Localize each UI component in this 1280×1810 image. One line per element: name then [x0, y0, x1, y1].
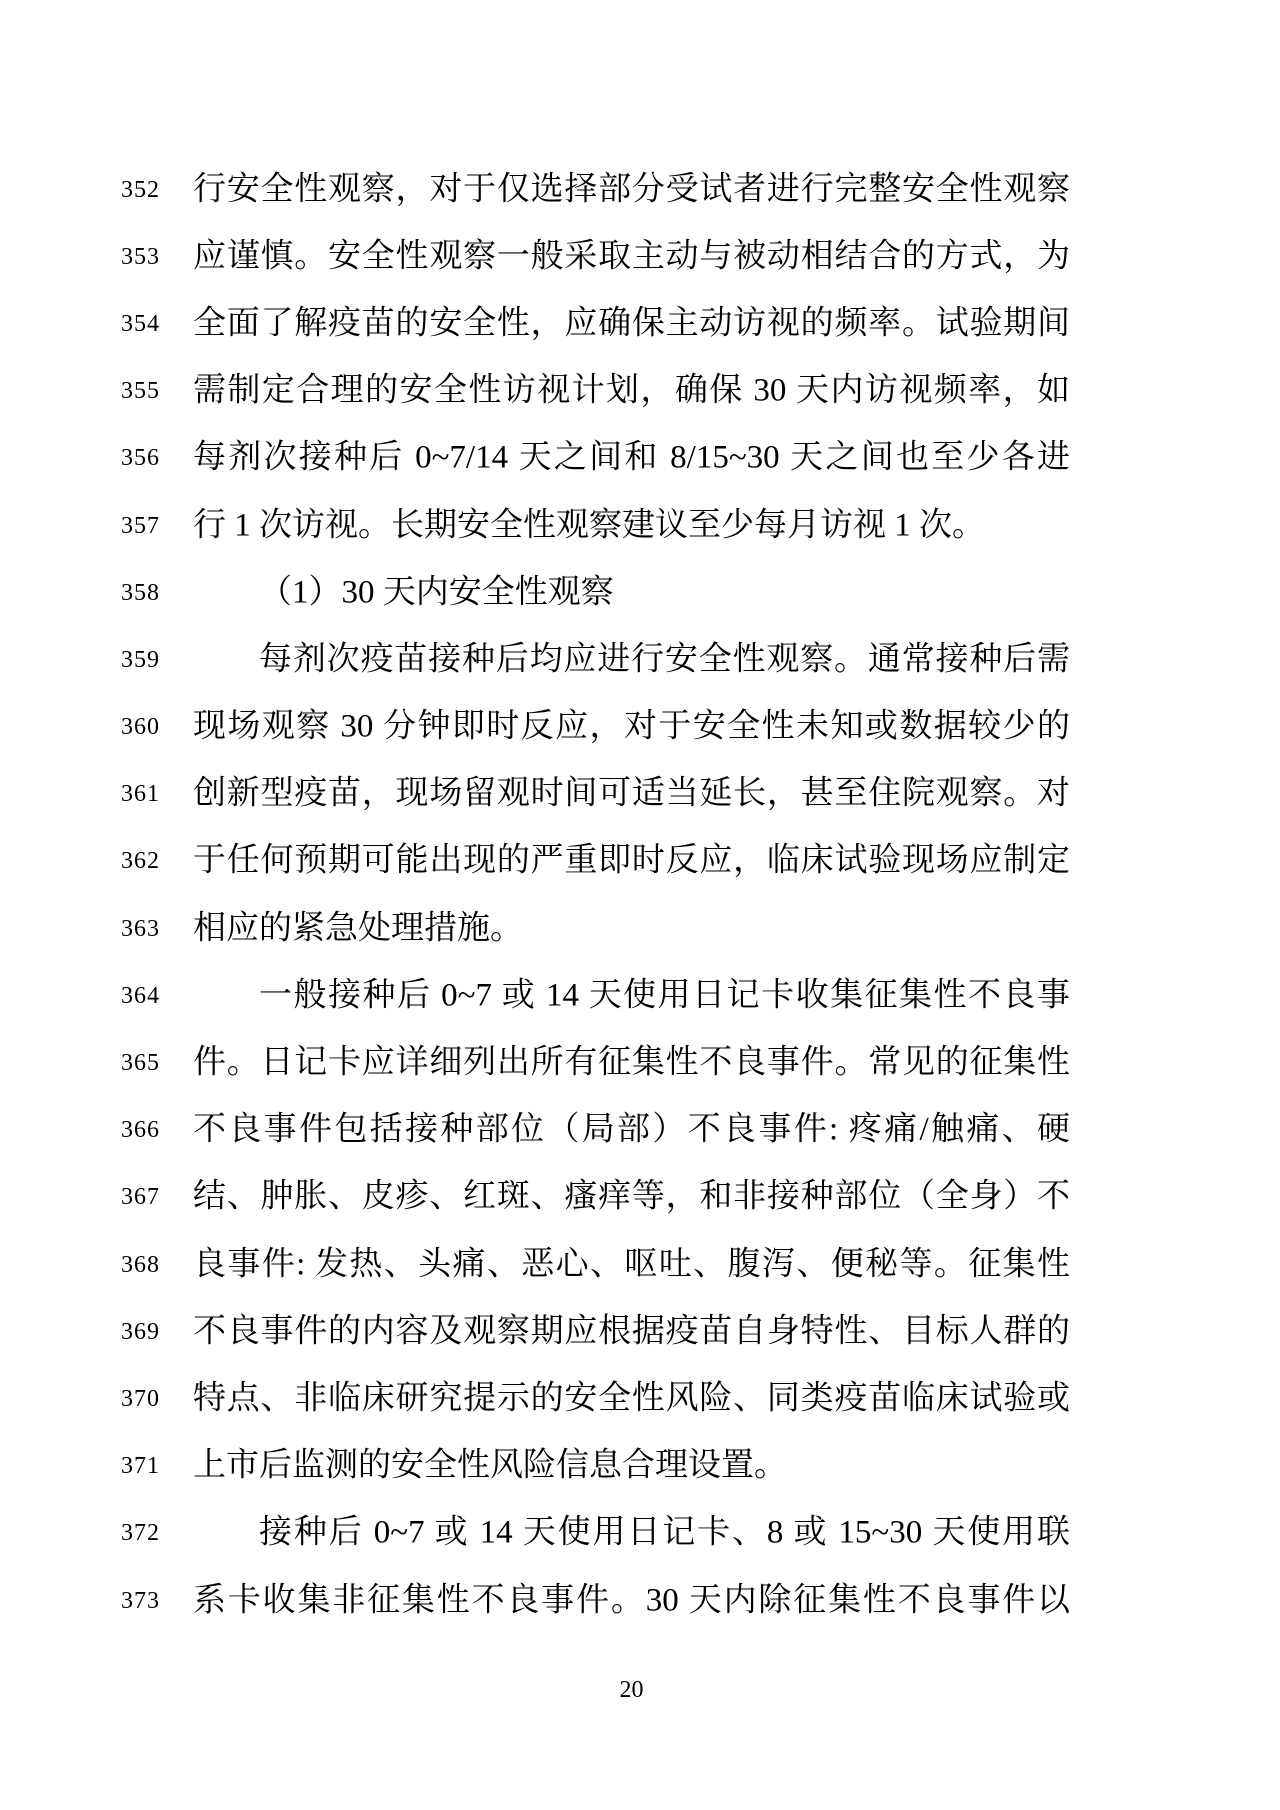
page-number: 20	[193, 1678, 1070, 1702]
line-text: 每剂次疫苗接种后均应进行安全性观察。通常接种后需	[193, 639, 1070, 680]
line-text: 不良事件包括接种部位（局部）不良事件: 疼痛/触痛、硬	[193, 1110, 1070, 1151]
line-number: 369	[121, 1320, 160, 1344]
document-line: 365件。日记卡应详细列出所有征集性不良事件。常见的征集性	[0, 1029, 1280, 1096]
line-number: 358	[121, 581, 160, 605]
document-line: 353应谨慎。安全性观察一般采取主动与被动相结合的方式，为	[0, 223, 1280, 290]
line-number: 362	[121, 849, 160, 873]
document-line: 355需制定合理的安全性访视计划，确保 30 天内访视频率，如	[0, 358, 1280, 425]
line-number: 365	[121, 1051, 160, 1075]
document-line: 361创新型疫苗，现场留观时间可适当延长，甚至住院观察。对	[0, 761, 1280, 828]
line-text: 上市后监测的安全性风险信息合理设置。	[193, 1446, 1070, 1487]
line-number: 357	[121, 514, 160, 538]
line-number: 361	[121, 782, 160, 806]
line-text: 全面了解疫苗的安全性，应确保主动访视的频率。试验期间	[193, 303, 1070, 344]
line-number: 354	[121, 312, 160, 336]
document-line: 352行安全性观察，对于仅选择部分受试者进行完整安全性观察	[0, 156, 1280, 223]
document-line: 370特点、非临床研究提示的安全性风险、同类疫苗临床试验或	[0, 1365, 1280, 1432]
line-number: 372	[121, 1521, 160, 1545]
line-text: 创新型疫苗，现场留观时间可适当延长，甚至住院观察。对	[193, 774, 1070, 815]
line-number: 366	[121, 1118, 160, 1142]
line-text: 需制定合理的安全性访视计划，确保 30 天内访视频率，如	[193, 371, 1070, 412]
line-text: 一般接种后 0~7 或 14 天使用日记卡收集征集性不良事	[193, 975, 1070, 1016]
line-number: 363	[121, 917, 160, 941]
document-line: 363相应的紧急处理措施。	[0, 895, 1280, 962]
line-number: 353	[121, 245, 160, 269]
line-number: 364	[121, 984, 160, 1008]
line-text: 应谨慎。安全性观察一般采取主动与被动相结合的方式，为	[193, 236, 1070, 277]
document-line: 366不良事件包括接种部位（局部）不良事件: 疼痛/触痛、硬	[0, 1097, 1280, 1164]
line-number: 352	[121, 178, 160, 202]
line-text: 不良事件的内容及观察期应根据疫苗自身特性、目标人群的	[193, 1311, 1070, 1352]
line-number: 373	[121, 1589, 160, 1613]
document-line: 373系卡收集非征集性不良事件。30 天内除征集性不良事件以	[0, 1567, 1280, 1634]
line-number: 356	[121, 446, 160, 470]
line-text: 良事件: 发热、头痛、恶心、呕吐、腹泻、便秘等。征集性	[193, 1244, 1070, 1285]
line-text: 每剂次接种后 0~7/14 天之间和 8/15~30 天之间也至少各进	[193, 438, 1070, 479]
document-line: 372接种后 0~7 或 14 天使用日记卡、8 或 15~30 天使用联	[0, 1500, 1280, 1567]
line-number: 368	[121, 1253, 160, 1277]
document-line: 359每剂次疫苗接种后均应进行安全性观察。通常接种后需	[0, 626, 1280, 693]
line-text: 件。日记卡应详细列出所有征集性不良事件。常见的征集性	[193, 1042, 1070, 1083]
document-line: 354全面了解疫苗的安全性，应确保主动访视的频率。试验期间	[0, 290, 1280, 357]
line-text: 特点、非临床研究提示的安全性风险、同类疫苗临床试验或	[193, 1378, 1070, 1419]
line-number: 359	[121, 648, 160, 672]
document-page: 352行安全性观察，对于仅选择部分受试者进行完整安全性观察353应谨慎。安全性观…	[0, 0, 1280, 1810]
line-text: 接种后 0~7 或 14 天使用日记卡、8 或 15~30 天使用联	[193, 1513, 1070, 1554]
document-line: 357行 1 次访视。长期安全性观察建议至少每月访视 1 次。	[0, 492, 1280, 559]
line-text: 行 1 次访视。长期安全性观察建议至少每月访视 1 次。	[193, 505, 1070, 546]
line-text: （1）30 天内安全性观察	[193, 572, 1070, 613]
line-text: 结、肿胀、皮疹、红斑、瘙痒等，和非接种部位（全身）不	[193, 1177, 1070, 1218]
document-line: 367结、肿胀、皮疹、红斑、瘙痒等，和非接种部位（全身）不	[0, 1164, 1280, 1231]
document-line: 371上市后监测的安全性风险信息合理设置。	[0, 1433, 1280, 1500]
document-line: 369不良事件的内容及观察期应根据疫苗自身特性、目标人群的	[0, 1298, 1280, 1365]
line-text: 行安全性观察，对于仅选择部分受试者进行完整安全性观察	[193, 169, 1070, 210]
document-line: 362于任何预期可能出现的严重即时反应，临床试验现场应制定	[0, 828, 1280, 895]
line-text: 于任何预期可能出现的严重即时反应，临床试验现场应制定	[193, 841, 1070, 882]
document-line: 360现场观察 30 分钟即时反应，对于安全性未知或数据较少的	[0, 694, 1280, 761]
line-number: 355	[121, 379, 160, 403]
line-text: 相应的紧急处理措施。	[193, 908, 1070, 949]
document-line: 358（1）30 天内安全性观察	[0, 559, 1280, 626]
line-text: 现场观察 30 分钟即时反应，对于安全性未知或数据较少的	[193, 706, 1070, 747]
text-lines: 352行安全性观察，对于仅选择部分受试者进行完整安全性观察353应谨慎。安全性观…	[0, 156, 1280, 1634]
document-line: 356每剂次接种后 0~7/14 天之间和 8/15~30 天之间也至少各进	[0, 425, 1280, 492]
line-number: 367	[121, 1185, 160, 1209]
line-number: 371	[121, 1454, 160, 1478]
line-number: 360	[121, 715, 160, 739]
line-text: 系卡收集非征集性不良事件。30 天内除征集性不良事件以	[193, 1580, 1070, 1621]
document-line: 364一般接种后 0~7 或 14 天使用日记卡收集征集性不良事	[0, 962, 1280, 1029]
document-line: 368良事件: 发热、头痛、恶心、呕吐、腹泻、便秘等。征集性	[0, 1231, 1280, 1298]
line-number: 370	[121, 1387, 160, 1411]
